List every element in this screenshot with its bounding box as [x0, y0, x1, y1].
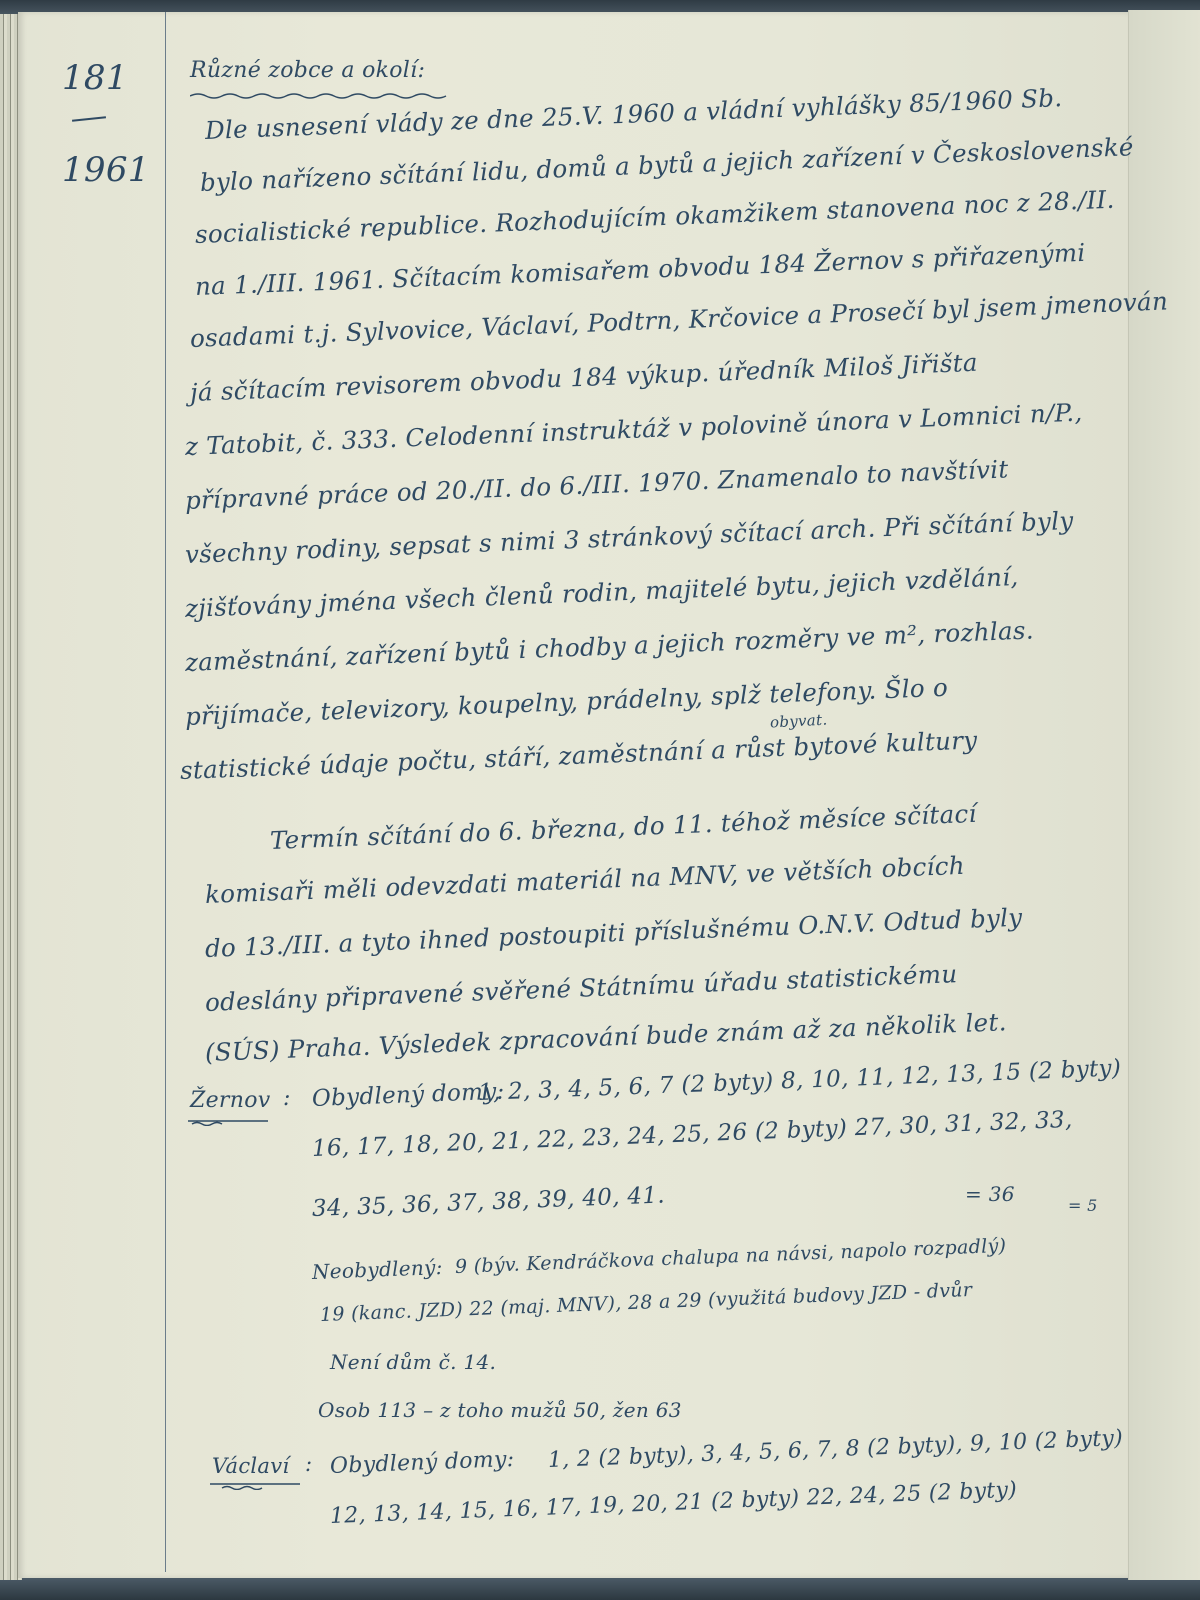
label-colon: : — [283, 1086, 291, 1111]
heading-wavy-underline — [190, 92, 452, 100]
village-label-vaclavi: Václaví — [212, 1454, 289, 1478]
section-heading: Různé zobce a okolí: — [190, 58, 425, 83]
zernov-missing-house-note: Není dům č. 14. — [330, 1350, 496, 1374]
zernov-wavy-underline — [188, 1118, 268, 1126]
label-colon: : — [305, 1452, 312, 1476]
margin-rule — [165, 12, 166, 1572]
zernov-occupied-total: = 36 — [965, 1182, 1015, 1206]
scanner-backdrop-bottom — [0, 1578, 1200, 1600]
page-number: 181 — [62, 58, 128, 98]
margin-year: 1961 — [62, 150, 150, 190]
village-label-zernov: Žernov — [190, 1088, 270, 1113]
zernov-unoccupied-label: Neobydlený: — [312, 1255, 444, 1284]
facing-page-edge — [1128, 10, 1200, 1580]
vaclavi-wavy-underline — [210, 1482, 300, 1490]
zernov-unoccupied-total: = 5 — [1068, 1196, 1098, 1215]
interlinear-insertion: obyvat. — [770, 711, 828, 732]
zernov-persons-count: Osob 113 – z toho mužů 50, žen 63 — [318, 1398, 682, 1422]
